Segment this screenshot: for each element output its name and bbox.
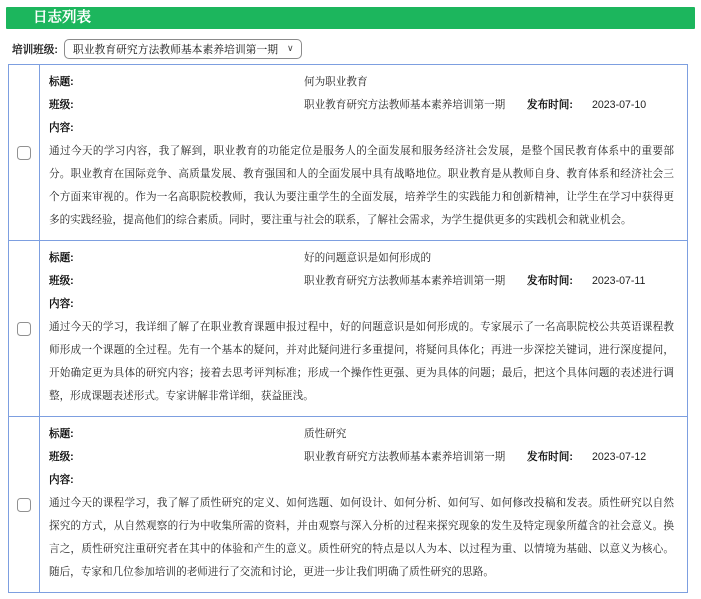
class-line: 班级: 职业教育研究方法教师基本素养培训第一期 发布时间: 2023-07-12: [49, 446, 674, 469]
table-row: 标题: 何为职业教育 班级: 职业教育研究方法教师基本素养培训第一期 发布时间:…: [9, 65, 687, 241]
class-line: 班级: 职业教育研究方法教师基本素养培训第一期 发布时间: 2023-07-10: [49, 94, 674, 117]
publish-date-value: 2023-07-10: [592, 94, 674, 117]
row-checkbox[interactable]: [17, 322, 31, 336]
filter-row: 培训班级: 职业教育研究方法教师基本素养培训第一期 ∨: [12, 37, 701, 61]
content-label-line: 内容:: [49, 469, 674, 492]
table-row: 标题: 好的问题意识是如何形成的 班级: 职业教育研究方法教师基本素养培训第一期…: [9, 241, 687, 417]
checkbox-cell: [9, 65, 40, 240]
title-value: 质性研究: [304, 423, 674, 446]
class-label: 班级:: [49, 446, 304, 469]
content-text: 通过今天的学习，我详细了解了在职业教育课题申报过程中，好的问题意识是如何形成的。…: [49, 316, 674, 408]
class-filter-label: 培训班级:: [12, 42, 58, 57]
class-label: 班级:: [49, 270, 304, 293]
title-label: 标题:: [49, 71, 304, 94]
content-text: 通过今天的学习内容，我了解到，职业教育的功能定位是服务人的全面发展和服务经济社会…: [49, 140, 674, 232]
title-label: 标题:: [49, 247, 304, 270]
content-label: 内容:: [49, 117, 674, 140]
log-entry: 标题: 质性研究 班级: 职业教育研究方法教师基本素养培训第一期 发布时间: 2…: [40, 417, 687, 592]
log-entry: 标题: 何为职业教育 班级: 职业教育研究方法教师基本素养培训第一期 发布时间:…: [40, 65, 687, 240]
row-checkbox[interactable]: [17, 498, 31, 512]
class-value: 职业教育研究方法教师基本素养培训第一期: [304, 270, 527, 293]
title-value: 何为职业教育: [304, 71, 674, 94]
content-label-line: 内容:: [49, 293, 674, 316]
class-value: 职业教育研究方法教师基本素养培训第一期: [304, 94, 527, 117]
content-text: 通过今天的课程学习，我了解了质性研究的定义、如何选题、如何设计、如何分析、如何写…: [49, 492, 674, 584]
class-label: 班级:: [49, 94, 304, 117]
publish-time-label: 发布时间:: [527, 446, 592, 469]
table-row: 标题: 质性研究 班级: 职业教育研究方法教师基本素养培训第一期 发布时间: 2…: [9, 417, 687, 592]
title-line: 标题: 好的问题意识是如何形成的: [49, 247, 674, 270]
log-table: 标题: 何为职业教育 班级: 职业教育研究方法教师基本素养培训第一期 发布时间:…: [8, 64, 688, 593]
checkbox-cell: [9, 241, 40, 416]
title-line: 标题: 何为职业教育: [49, 71, 674, 94]
log-entry: 标题: 好的问题意识是如何形成的 班级: 职业教育研究方法教师基本素养培训第一期…: [40, 241, 687, 416]
title-label: 标题:: [49, 423, 304, 446]
class-select[interactable]: 职业教育研究方法教师基本素养培训第一期 ∨: [64, 39, 302, 59]
title-line: 标题: 质性研究: [49, 423, 674, 446]
content-label: 内容:: [49, 469, 674, 492]
publish-date-value: 2023-07-12: [592, 446, 674, 469]
log-list-page: 日志列表 培训班级: 职业教育研究方法教师基本素养培训第一期 ∨ 标题: 何为职…: [0, 7, 701, 593]
checkbox-cell: [9, 417, 40, 592]
page-title: 日志列表: [33, 10, 91, 26]
content-label-line: 内容:: [49, 117, 674, 140]
publish-time-label: 发布时间:: [527, 94, 592, 117]
content-label: 内容:: [49, 293, 674, 316]
class-line: 班级: 职业教育研究方法教师基本素养培训第一期 发布时间: 2023-07-11: [49, 270, 674, 293]
class-value: 职业教育研究方法教师基本素养培训第一期: [304, 446, 527, 469]
page-header: 日志列表: [6, 7, 695, 29]
chevron-down-icon: ∨: [287, 43, 294, 54]
publish-time-label: 发布时间:: [527, 270, 592, 293]
title-value: 好的问题意识是如何形成的: [304, 247, 674, 270]
row-checkbox[interactable]: [17, 146, 31, 160]
publish-date-value: 2023-07-11: [592, 270, 674, 293]
class-select-value: 职业教育研究方法教师基本素养培训第一期: [73, 42, 278, 57]
